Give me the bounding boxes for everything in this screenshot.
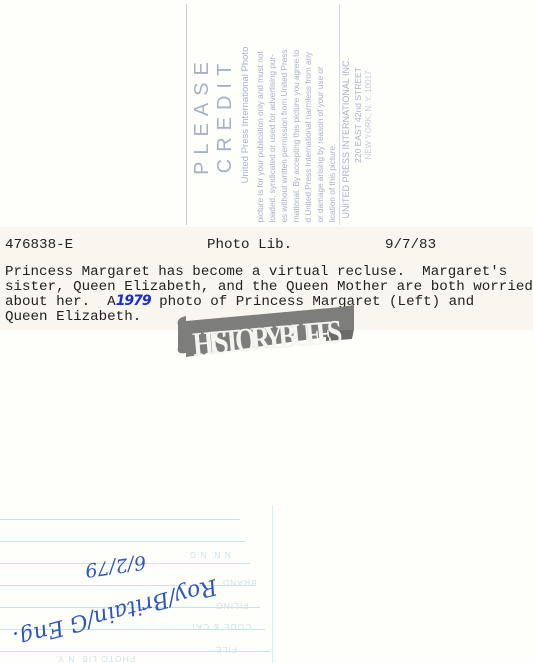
credit-terms: picture is for your publication only and… (255, 7, 339, 222)
credit-title: PLEASE CREDIT (191, 7, 237, 222)
credit-terms-line: rnational. By accepting this picture you… (291, 7, 303, 222)
credit-address: 220 EAST 42nd STREET (353, 7, 363, 222)
stamp-edge (272, 505, 273, 663)
stamp-label: PHOTO LIB. N.Y. (55, 654, 135, 663)
stamp-rule (0, 519, 240, 520)
stamp-label: FILE (215, 645, 237, 655)
stamp-label: FILING (215, 601, 248, 611)
history-buffs-watermark: HISTORY BUFFS (176, 303, 356, 361)
credit-terms-line: loaded, syndicated or used for advertisi… (267, 7, 279, 222)
credit-terms-line: lication of this picture. (327, 7, 339, 222)
caption-library: Photo Lib. (207, 237, 292, 253)
caption-date: 9/7/83 (385, 237, 436, 253)
bleed-through-text (67, 40, 79, 55)
credit-stamp-content: PLEASE CREDIT United Press International… (189, 7, 337, 222)
credit-terms-line: picture is for your publication only and… (255, 7, 267, 222)
credit-terms-line: es without written permission from Unite… (279, 7, 291, 222)
credit-terms-line: d United Press International harmless fr… (303, 7, 315, 222)
stamp-label: N.N. N.G. (185, 550, 231, 560)
stamp-label: CODE & CAT (190, 622, 251, 632)
credit-subtitle: United Press International Photo (240, 7, 251, 222)
stamp-rule (0, 585, 255, 586)
credit-stamp: PLEASE CREDIT United Press International… (186, 4, 340, 225)
stamp-label: BRAND (222, 578, 257, 588)
credit-city: NEW YORK, N. Y. 10017 (364, 7, 373, 222)
caption-line: Princess Margaret has become a virtual r… (5, 265, 533, 280)
stamp-rule (0, 541, 245, 542)
caption-id: 476838-E (5, 237, 73, 253)
credit-terms-line: or damage arising by reason of your use … (315, 7, 327, 222)
caption-line-part: about her. A (5, 294, 116, 310)
handwritten-year: 1979 (116, 293, 151, 309)
photo-reverse-page: PLEASE CREDIT United Press International… (0, 0, 533, 663)
caption-line: sister, Queen Elizabeth, and the Queen M… (5, 280, 533, 295)
credit-company: UNITED PRESS INTERNATIONAL INC. (341, 7, 351, 222)
